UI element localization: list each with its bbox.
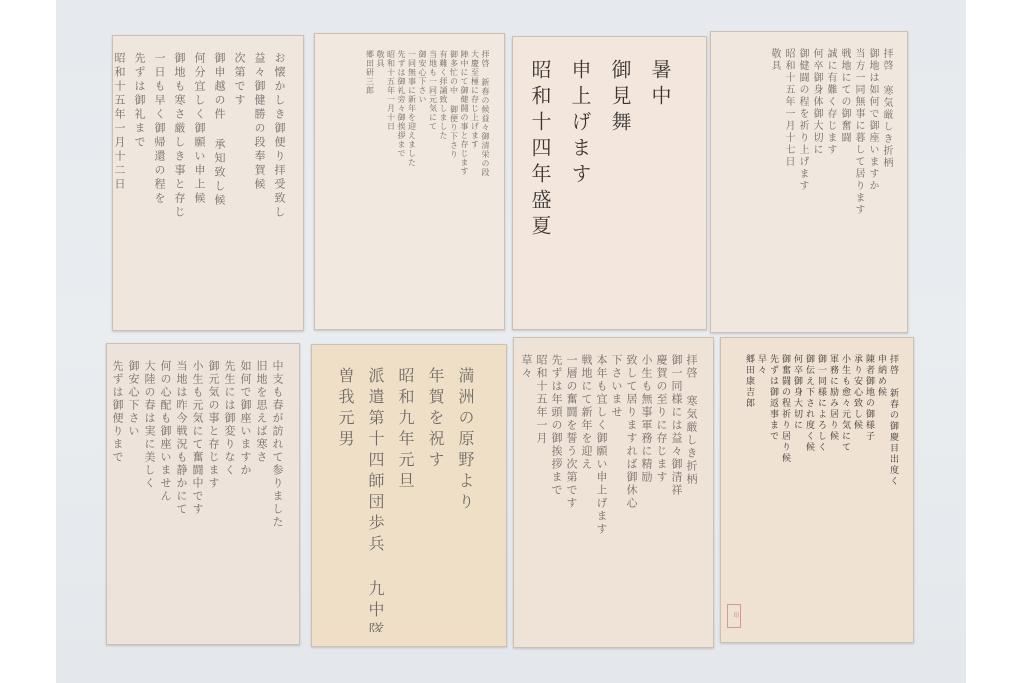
red-seal-stamp: 印 bbox=[727, 604, 741, 628]
handwritten-line: 小生も愈々元気にて bbox=[839, 354, 851, 630]
handwritten-line: 御安心下さい bbox=[417, 50, 428, 315]
handwritten-line: 小生も元気にて奮闘中です bbox=[189, 360, 205, 632]
handwritten-line: 軍務に励み居り候 bbox=[827, 354, 839, 630]
handwritten-line: 御元気の事と存じます bbox=[205, 360, 221, 632]
handwritten-line: 何の心配も御座いません bbox=[157, 360, 173, 632]
handwritten-line: 次第です bbox=[229, 52, 249, 316]
handwritten-line: 中支も春が訪れて参りました bbox=[269, 360, 285, 632]
handwritten-line: 大慶至極に存じ上げます bbox=[469, 50, 480, 315]
handwritten-line: 御一同様によろしく bbox=[815, 354, 827, 630]
postcard-5: 中支も春が訪れて参りました旧地を思えば寒さ如何で御座いますか先生には御変りなく御… bbox=[106, 343, 300, 645]
handwritten-line: 曽我元男 bbox=[330, 367, 360, 632]
handwritten-line: 御安心下さい bbox=[125, 360, 141, 632]
handwritten-line: 益々御健勝の段奉賀候 bbox=[249, 52, 269, 316]
handwritten-line: 先生には御変りなく bbox=[221, 360, 237, 632]
handwritten-line: 何分宜しく御願い申上候 bbox=[189, 52, 209, 316]
postcard-2: 拝啓 新春の候益々御清栄の段大慶至極に存じ上げます陣中にて御健闘の事と存じます御… bbox=[314, 33, 505, 330]
handwritten-line: 先ずは年頭の御挨拶まで bbox=[549, 354, 564, 635]
handwritten-line: 昭和十四年盛夏 bbox=[520, 59, 560, 315]
handwritten-line: お懐かしき御便り拝受致し bbox=[269, 52, 289, 316]
handwritten-line: 御見舞 bbox=[600, 59, 640, 315]
handwritten-line: 御地も寒さ厳しき事と存じ bbox=[169, 52, 189, 316]
handwritten-line: 昭和十五年一月十七日 bbox=[781, 48, 795, 320]
handwritten-line: 一層の奮闘を誓う次第です bbox=[564, 354, 579, 635]
handwritten-line: 致して居りますれば御休心 bbox=[624, 354, 639, 635]
handwritten-line: 先ずは御礼旁々御挨拶まで bbox=[396, 50, 407, 315]
handwritten-line: 拝啓 寒気厳しき折柄 bbox=[684, 354, 699, 635]
handwritten-line: 御申越の件 承知致し候 bbox=[209, 52, 229, 316]
handwritten-line: 敬具 bbox=[375, 50, 386, 315]
handwritten-line: 大陸の春は実に美しく bbox=[141, 360, 157, 632]
handwritten-line: 御奮闘の程祈り居り候 bbox=[779, 354, 791, 630]
handwritten-line: 先ずは御礼まで bbox=[129, 52, 149, 316]
handwritten-line: 郷田康吉郎 bbox=[743, 354, 755, 630]
handwritten-line: 申納め候 bbox=[875, 354, 887, 630]
handwritten-line: 申上げます bbox=[560, 59, 600, 315]
postcard-1: お懐かしき御便り拝受致し益々御健勝の段奉賀候次第です御申越の件 承知致し候何分宜… bbox=[112, 35, 304, 331]
handwritten-line: 御地は如何で御座いますか bbox=[865, 48, 879, 320]
handwritten-line: 本年も宜しく御願い申上げます bbox=[594, 354, 609, 635]
handwritten-line: 御健闘の程を祈り上げます bbox=[795, 48, 809, 320]
handwritten-line: 年賀を祝す bbox=[420, 367, 450, 632]
handwritten-line: 慶賀の至りに存じます bbox=[654, 354, 669, 635]
handwritten-line: 一同無事に新年を迎えました bbox=[406, 50, 417, 315]
handwritten-line: 当地も一同元気にて bbox=[427, 50, 438, 315]
handwritten-line: 拝啓 新春の候益々御清栄の段 bbox=[480, 50, 491, 315]
handwritten-line: 昭和十五年一月 bbox=[534, 354, 549, 635]
handwritten-line: 御多忙の中 御便り下さり bbox=[448, 50, 459, 315]
handwritten-line: 戦地にての御奮闘 bbox=[837, 48, 851, 320]
handwritten-line: 拝啓 新春の御慶目出度く bbox=[887, 354, 899, 630]
handwritten-line: 当方一同無事に暮して居ります bbox=[851, 48, 865, 320]
handwritten-line: 先ずは御便りまで bbox=[109, 360, 125, 632]
handwritten-line: 派遣第十四師団歩兵 九中隊 bbox=[360, 367, 390, 632]
postcard-3: 暑中御見舞申上げます昭和十四年盛夏 bbox=[512, 36, 707, 330]
handwritten-line: 旧地を思えば寒さ bbox=[253, 360, 269, 632]
handwritten-line: 承り安心致し候 bbox=[851, 354, 863, 630]
handwritten-line: 敬具 bbox=[767, 48, 781, 320]
handwritten-line: 先ずは御返事まで bbox=[767, 354, 779, 630]
handwritten-line: 御一同様には益々御清祥 bbox=[669, 354, 684, 635]
handwritten-line: 当地は昨今戦況も静かにて bbox=[173, 360, 189, 632]
handwritten-line: 早々 bbox=[755, 354, 767, 630]
handwritten-line: 昭和十五年一月十二日 bbox=[112, 52, 129, 316]
postcard-6: 満洲の原野より年賀を祝す昭和九年元旦派遣第十四師団歩兵 九中隊曽我元男 bbox=[311, 344, 507, 647]
handwritten-line: 満洲の原野より bbox=[450, 367, 480, 632]
handwritten-line: 何卒御身大切に bbox=[791, 354, 803, 630]
handwritten-line: 小生も無事軍務に精励 bbox=[639, 354, 654, 635]
handwritten-line: 有難く拝誦致しました bbox=[438, 50, 449, 315]
handwritten-line: 如何で御座いますか bbox=[237, 360, 253, 632]
postcard-7: 拝啓 寒気厳しき折柄御一同様には益々御清祥慶賀の至りに存じます小生も無事軍務に精… bbox=[513, 337, 714, 648]
handwritten-line: 陳者御地の御様子 bbox=[863, 354, 875, 630]
postcard-8: 拝啓 新春の御慶目出度く申納め候陳者御地の御様子承り安心致し候小生も愈々元気にて… bbox=[720, 337, 914, 643]
handwritten-line: 昭和九年元旦 bbox=[390, 367, 420, 632]
handwritten-line: 昭和十五年一月十日 bbox=[385, 50, 396, 315]
postcard-4: 拝啓 寒気厳しき折柄御地は如何で御座いますか当方一同無事に暮して居ります戦地にて… bbox=[710, 31, 908, 333]
handwritten-line: 御伝え下され度く候 bbox=[803, 354, 815, 630]
handwritten-line: 暑中 bbox=[640, 59, 680, 315]
handwritten-line: 何卒御身体御大切に bbox=[809, 48, 823, 320]
handwritten-line: 下さいませ bbox=[609, 354, 624, 635]
handwritten-line: 戦地にて新年を迎え bbox=[579, 354, 594, 635]
handwritten-line: 草々 bbox=[519, 354, 534, 635]
handwritten-line: 誠に有難く存じます bbox=[823, 48, 837, 320]
handwritten-line: 拝啓 寒気厳しき折柄 bbox=[879, 48, 893, 320]
handwritten-line: 郷田研三郎 bbox=[364, 50, 375, 315]
handwritten-line: 一日も早く御帰還の程を bbox=[149, 52, 169, 316]
handwritten-line: 陣中にて御健闘の事と存じます bbox=[459, 50, 470, 315]
